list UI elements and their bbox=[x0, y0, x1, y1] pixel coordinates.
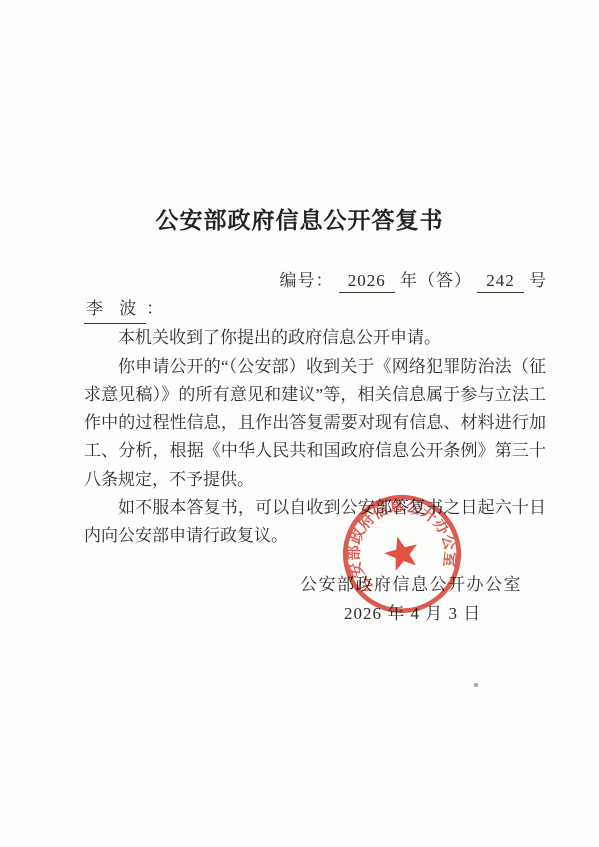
paragraph-receipt: 本机关收到了你提出的政府信息公开申请。 bbox=[84, 324, 546, 352]
closing-date: 2026 年 4 月 3 日 bbox=[344, 599, 481, 624]
doc-number-middle: 年（答） bbox=[400, 271, 472, 290]
recipient-name: 李 波 bbox=[84, 295, 146, 324]
salutation-line: 李 波： bbox=[84, 295, 546, 324]
doc-number-label: 编号： bbox=[280, 271, 334, 290]
scanned-document-page: 公安部政府信息公开答复书 编号： 2026 年（答） 242 号 李 波： 本机… bbox=[0, 0, 599, 847]
scan-artifact-speck bbox=[474, 683, 478, 687]
doc-number-suffix: 号 bbox=[529, 271, 547, 290]
paragraph-appeal-rights: 如不服本答复书，可以自收到公安部答复书之日起六十日内向公安部申请行政复议。 bbox=[84, 494, 546, 551]
paragraph-decision: 你申请公开的“（公安部）收到关于《网络犯罪防治法（征求意见稿）》的所有意见和建议… bbox=[84, 353, 546, 494]
document-number-line: 编号： 2026 年（答） 242 号 bbox=[280, 266, 548, 293]
letter-body: 李 波： 本机关收到了你提出的政府信息公开申请。 你申请公开的“（公安部）收到关… bbox=[84, 295, 546, 551]
salutation-colon: ： bbox=[146, 299, 163, 318]
closing-organization: 公安部政府信息公开办公室 bbox=[300, 570, 522, 595]
document-title: 公安部政府信息公开答复书 bbox=[0, 202, 599, 235]
doc-number-serial: 242 bbox=[477, 271, 524, 293]
doc-number-year: 2026 bbox=[339, 271, 395, 293]
